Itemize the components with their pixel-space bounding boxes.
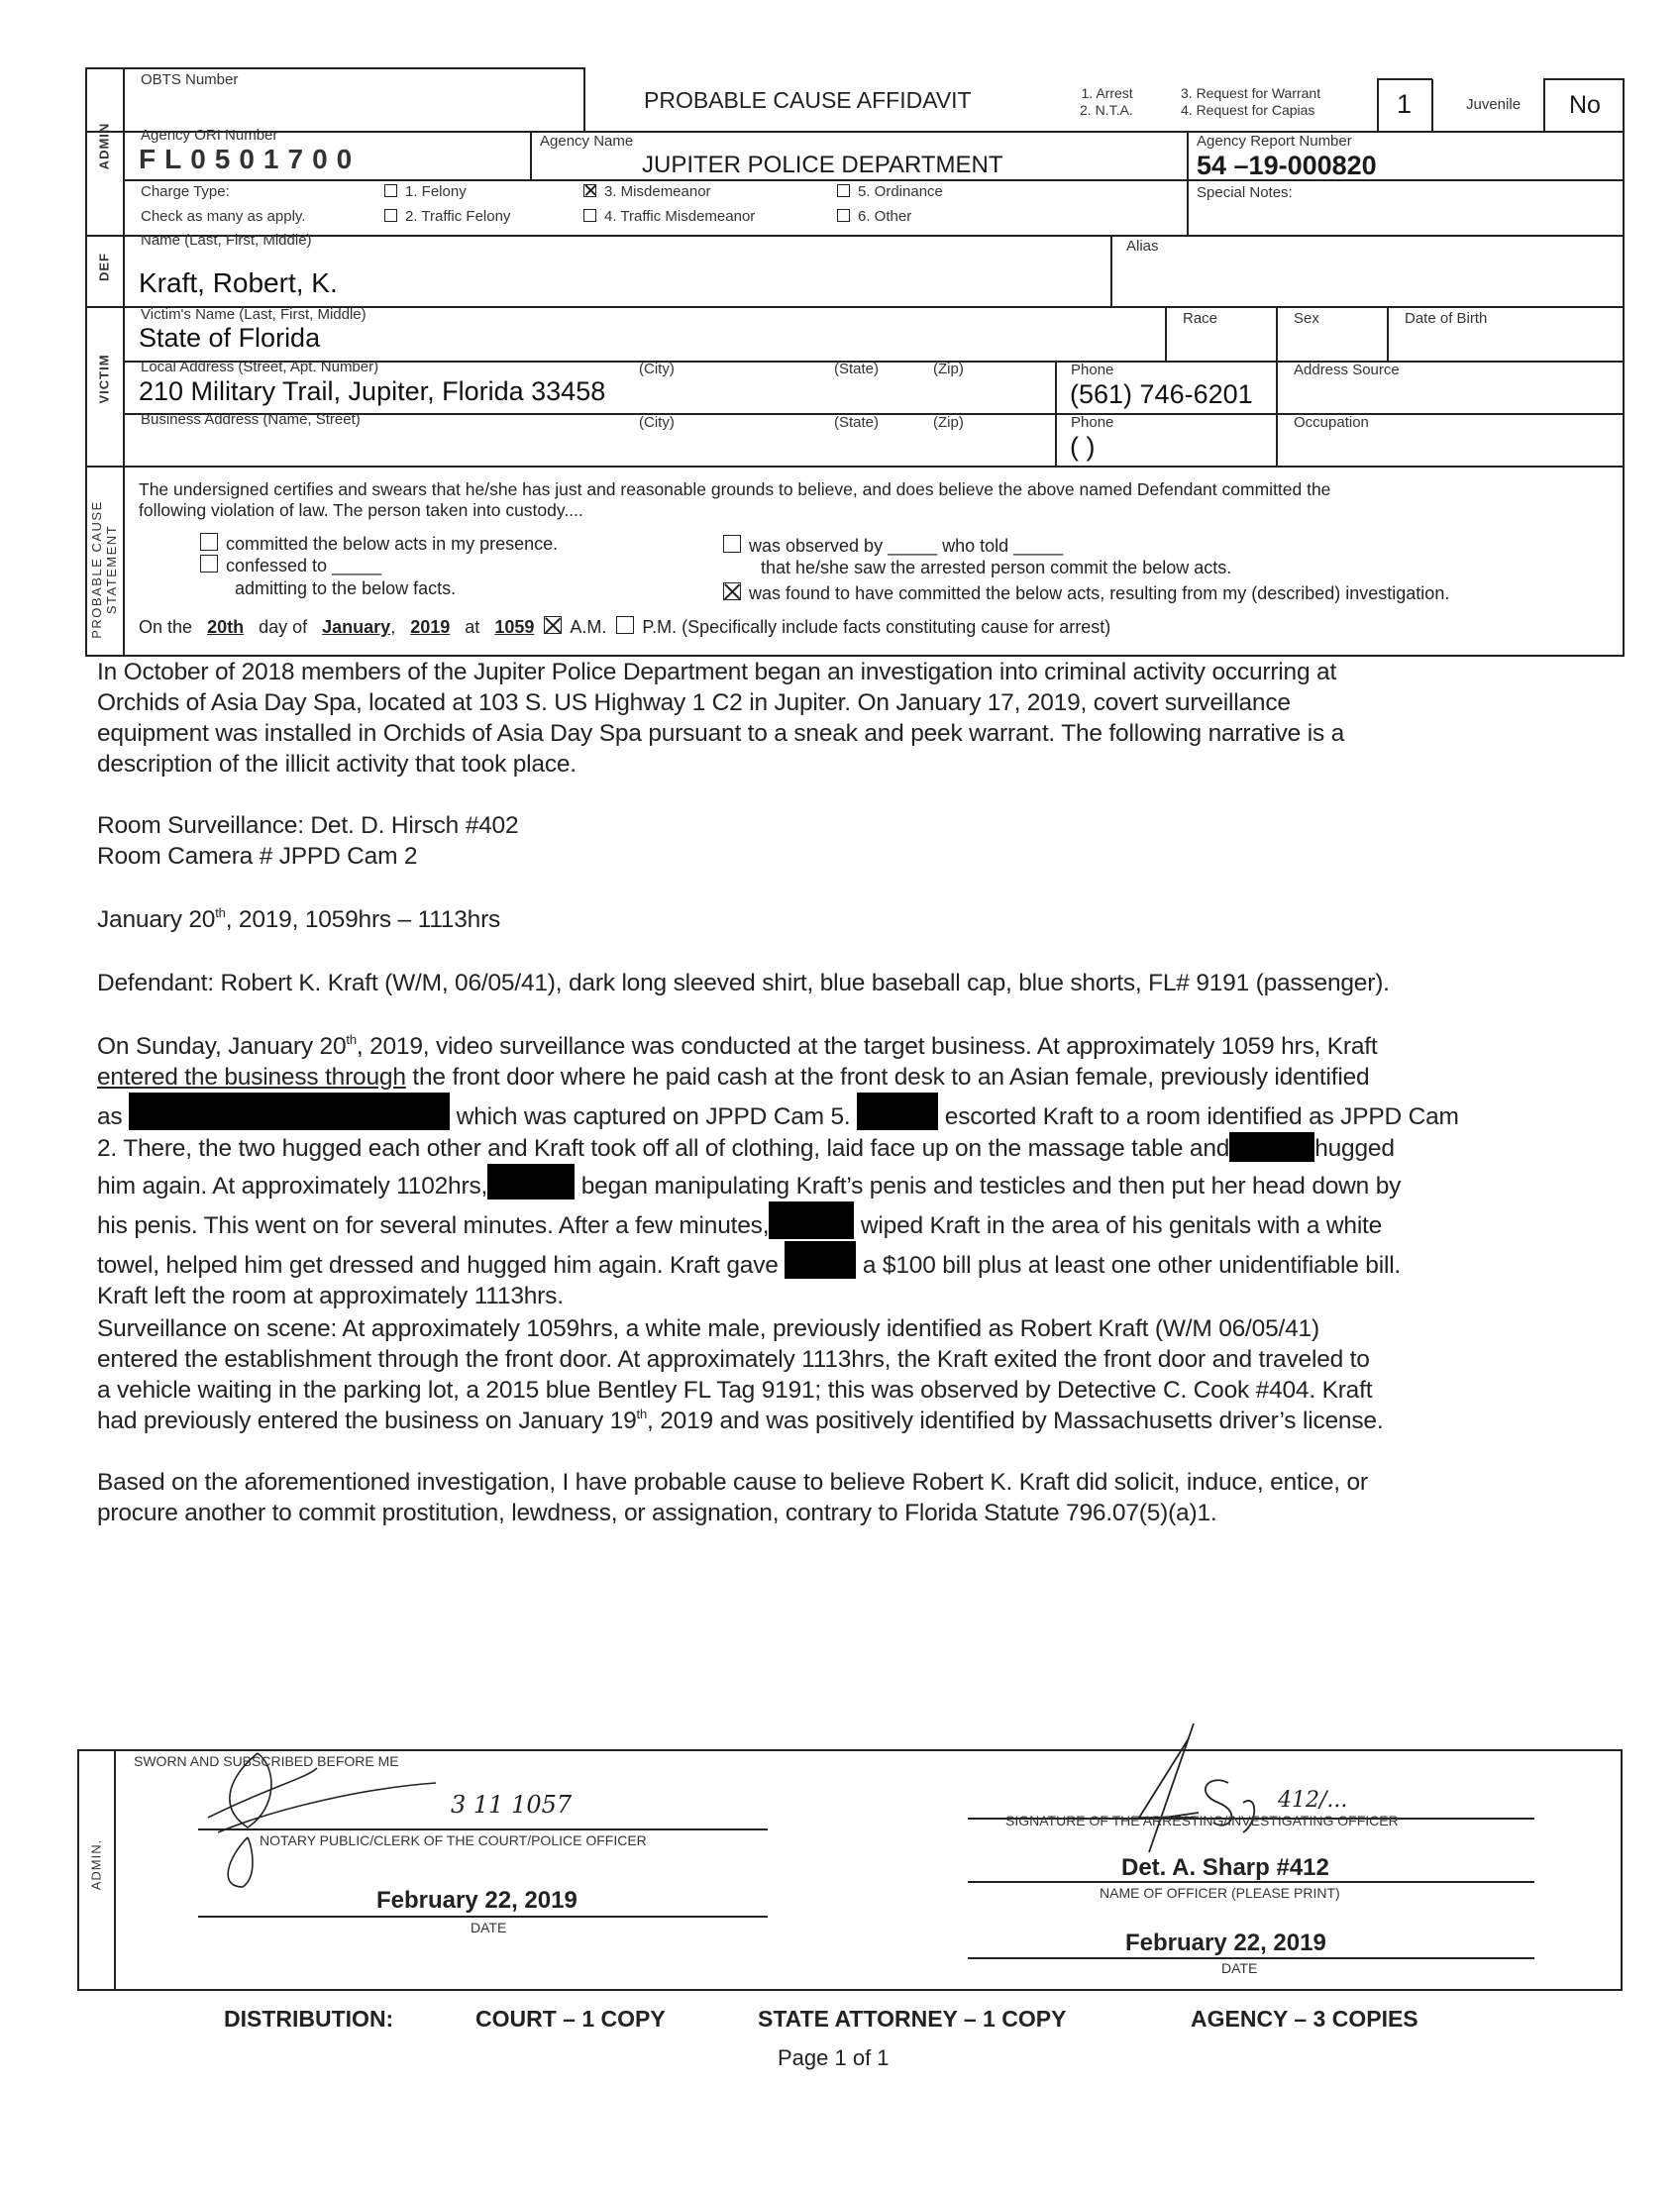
city-label: (City) [639, 361, 675, 377]
ori-label: Agency ORI Number [141, 127, 277, 144]
narrative-paragraph-3: Surveillance on scene: At approximately … [97, 1313, 1642, 1436]
special-notes-label: Special Notes: [1197, 184, 1293, 201]
option-in-presence[interactable]: committed the below acts in my presence. [200, 533, 558, 555]
checkbox-checked-icon [723, 582, 741, 600]
statement-intro: The undersigned certifies and swears tha… [139, 479, 1330, 521]
juvenile-value[interactable]: No [1569, 91, 1601, 120]
distribution-state-attorney: STATE ATTORNEY – 1 COPY [758, 2006, 1066, 2033]
section-label-def: DEF [97, 238, 112, 297]
business-city-label: (City) [639, 414, 675, 431]
option-confessed[interactable]: confessed to _____ [200, 555, 381, 576]
type-option: 4. Request for Capias [1181, 102, 1320, 119]
report-number-value[interactable]: 54 –19-000820 [1197, 151, 1377, 181]
notary-date-label: DATE [471, 1920, 506, 1935]
business-state-label: (State) [834, 414, 879, 431]
race-label: Race [1183, 310, 1217, 327]
statement-datetime: On the 20th day of January, 2019 at 1059… [139, 616, 1110, 638]
defendant-name-value[interactable]: Kraft, Robert, K. [139, 267, 338, 299]
charge-felony[interactable]: 1. Felony [384, 183, 467, 200]
sex-label: Sex [1294, 310, 1319, 327]
section-label-admin: ADMIN [97, 112, 112, 181]
charge-ordinance[interactable]: 5. Ordinance [837, 183, 943, 200]
charge-traffic-misdemeanor[interactable]: 4. Traffic Misdemeanor [583, 208, 755, 225]
juvenile-label: Juvenile [1466, 96, 1521, 113]
charge-misdemeanor[interactable]: 3. Misdemeanor [583, 183, 711, 200]
charge-type-hint: Check as many as apply. [141, 208, 305, 225]
type-option: 1. Arrest [1080, 85, 1133, 102]
option-investigation[interactable]: was found to have committed the below ac… [723, 582, 1449, 604]
occupation-label: Occupation [1294, 414, 1369, 431]
business-address-label: Business Address (Name, Street) [141, 411, 361, 428]
room-camera: Room Camera # JPPD Cam 2 [97, 841, 1642, 872]
incident-date: January 20th, 2019, 1059hrs – 1113hrs [97, 904, 1642, 935]
option-observed-sub: that he/she saw the arrested person comm… [761, 558, 1231, 578]
type-option: 3. Request for Warrant [1181, 85, 1320, 102]
checkbox-icon [583, 209, 596, 222]
checkbox-icon [723, 535, 741, 553]
checkbox-icon [384, 209, 397, 222]
statement-month[interactable]: January [322, 617, 390, 637]
dob-label: Date of Birth [1405, 310, 1487, 327]
checkbox-icon [837, 209, 850, 222]
business-phone-value[interactable]: ( ) [1070, 432, 1095, 463]
distribution-label: DISTRIBUTION: [224, 2006, 393, 2033]
obts-field[interactable] [139, 91, 575, 127]
address-source-label: Address Source [1294, 362, 1400, 378]
notary-date[interactable]: February 22, 2019 [376, 1887, 577, 1915]
charge-type-label: Charge Type: [141, 183, 230, 200]
statement-day[interactable]: 20th [207, 617, 244, 637]
state-label: (State) [834, 361, 879, 377]
option-observed[interactable]: was observed by _____ who told _____ [723, 535, 1063, 557]
officer-date-label: DATE [1221, 1960, 1257, 1976]
victim-name-value[interactable]: State of Florida [139, 323, 320, 354]
type-option: 2. N.T.A. [1080, 102, 1133, 119]
form-title: PROBABLE CAUSE AFFIDAVIT [644, 87, 972, 114]
surveillance-info: Room Surveillance: Det. D. Hirsch #402 R… [97, 810, 1642, 872]
checkbox-checked-icon [583, 184, 596, 197]
zip-label: (Zip) [933, 361, 964, 377]
warrant-type-legend: 3. Request for Warrant 4. Request for Ca… [1181, 85, 1320, 119]
defendant-description: Defendant: Robert K. Kraft (W/M, 06/05/4… [97, 968, 1642, 998]
statement-time[interactable]: 1059 [494, 617, 534, 637]
phone-label: Phone [1071, 362, 1113, 378]
checkbox-icon [200, 533, 218, 551]
option-confessed-sub: admitting to the below facts. [235, 578, 456, 599]
officer-name[interactable]: Det. A. Sharp #412 [1121, 1854, 1329, 1882]
section-label-admin-bottom: ADMIN. [89, 1830, 104, 1900]
checkbox-icon [837, 184, 850, 197]
business-zip-label: (Zip) [933, 414, 964, 431]
checkbox-icon [384, 184, 397, 197]
obts-label: OBTS Number [141, 71, 238, 88]
section-label-victim: VICTIM [97, 340, 112, 419]
room-surveillance: Room Surveillance: Det. D. Hirsch #402 [97, 810, 1642, 841]
statement-year[interactable]: 2019 [410, 617, 450, 637]
narrative-paragraph-2: On Sunday, January 20th, 2019, video sur… [97, 1031, 1642, 1311]
business-phone-label: Phone [1071, 414, 1113, 431]
notary-signature [188, 1748, 446, 1897]
victim-name-label: Victim's Name (Last, First, Middle) [141, 306, 367, 323]
officer-signature-label: SIGNATURE OF THE ARRESTING/INVESTIGATING… [1005, 1813, 1399, 1828]
checkbox-icon [200, 555, 218, 573]
redaction-block [1229, 1132, 1314, 1162]
am-checkbox[interactable] [544, 616, 562, 634]
arrest-type-legend: 1. Arrest 2. N.T.A. [1080, 85, 1133, 119]
section-label-statement: PROBABLE CAUSE STATEMENT [89, 485, 119, 654]
alias-field[interactable] [1124, 258, 1615, 303]
ori-value[interactable]: FL0501700 [139, 144, 361, 175]
redaction-block [785, 1241, 856, 1279]
distribution-agency: AGENCY – 3 COPIES [1191, 2006, 1418, 2033]
defendant-name-label: Name (Last, First, Middle) [141, 232, 312, 249]
local-address-label: Local Address (Street, Apt. Number) [141, 359, 378, 375]
notary-label: NOTARY PUBLIC/CLERK OF THE COURT/POLICE … [260, 1832, 647, 1848]
officer-date[interactable]: February 22, 2019 [1125, 1930, 1326, 1957]
officer-handwritten-number: 412/... [1278, 1788, 1347, 1813]
page-number: Page 1 of 1 [778, 2045, 890, 2071]
distribution-court: COURT – 1 COPY [475, 2006, 666, 2033]
narrative-paragraph-4: Based on the aforementioned investigatio… [97, 1467, 1642, 1528]
narrative-paragraph-1: In October of 2018 members of the Jupite… [97, 657, 1642, 780]
agency-name-value[interactable]: JUPITER POLICE DEPARTMENT [642, 152, 1003, 179]
redaction-block [487, 1164, 575, 1200]
report-number-label: Agency Report Number [1197, 133, 1352, 150]
phone-value[interactable]: (561) 746-6201 [1070, 379, 1253, 410]
alias-label: Alias [1126, 238, 1159, 255]
arrest-type-value[interactable]: 1 [1397, 89, 1412, 120]
officer-name-label: NAME OF OFFICER (PLEASE PRINT) [1100, 1885, 1340, 1901]
special-notes-field[interactable] [1195, 204, 1616, 232]
agency-name-label: Agency Name [540, 133, 633, 150]
pm-checkbox[interactable] [616, 616, 634, 634]
redaction-block [769, 1201, 854, 1239]
notary-handwritten-number: 3 11 1057 [451, 1791, 572, 1819]
redaction-block [129, 1093, 450, 1130]
charge-other[interactable]: 6. Other [837, 208, 911, 225]
charge-traffic-felony[interactable]: 2. Traffic Felony [384, 208, 510, 225]
redaction-block [857, 1093, 938, 1130]
local-address-value[interactable]: 210 Military Trail, Jupiter, Florida 334… [139, 376, 605, 407]
